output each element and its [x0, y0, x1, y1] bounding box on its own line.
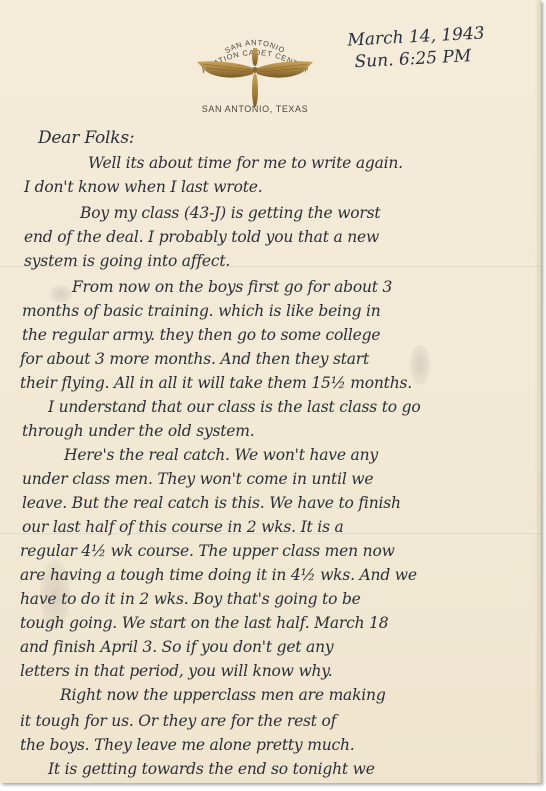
letter-line: their flying. All in all it will take th… — [20, 374, 412, 392]
letter-line: Right now the upperclass men are making — [60, 686, 386, 704]
letter-line: Boy my class (43-J) is getting the worst — [80, 204, 380, 222]
letter-line: have to do it in 2 wks. Boy that's going… — [20, 590, 361, 608]
letter-line: and finish April 3. So if you don't get … — [20, 638, 333, 656]
letter-line: end of the deal. I probably told you tha… — [24, 228, 379, 246]
letter-line: our last half of this course in 2 wks. I… — [22, 518, 344, 536]
winged-propeller-icon — [195, 48, 315, 108]
letter-line: letters in that period, you will know wh… — [20, 662, 333, 680]
letter-line: From now on the boys first go for about … — [72, 278, 392, 296]
letter-page: SAN ANTONIO AVIATION CADET CENTER — [0, 0, 541, 783]
letter-date: March 14, 1943 Sun. 6:25 PM — [347, 22, 486, 73]
letter-line: I understand that our class is the last … — [48, 398, 420, 416]
letter-line: for about 3 more months. And then they s… — [20, 350, 369, 368]
letter-line: leave. But the real catch is this. We ha… — [22, 494, 401, 512]
letter-line: it tough for us. Or they are for the res… — [20, 712, 336, 730]
letter-line: tough going. We start on the last half. … — [20, 614, 388, 632]
letter-line: the boys. They leave me alone pretty muc… — [20, 736, 354, 754]
letter-line: through under the old system. — [22, 422, 255, 440]
letter-line: Well its about time for me to write agai… — [88, 154, 403, 172]
letter-line: are having a tough time doing it in 4½ w… — [20, 566, 417, 584]
letter-line: system is going into affect. — [24, 252, 230, 270]
letter-line: It is getting towards the end so tonight… — [48, 760, 375, 778]
letter-line: the regular army. they then go to some c… — [22, 326, 380, 344]
paper-stain — [410, 345, 430, 385]
paper-stain — [50, 285, 72, 303]
letter-line: Here's the real catch. We won't have any — [64, 446, 378, 464]
letterhead: SAN ANTONIO AVIATION CADET CENTER — [180, 20, 330, 120]
letterhead-city: SAN ANTONIO, TEXAS — [180, 104, 330, 114]
letter-line: months of basic training. which is like … — [22, 302, 381, 320]
salutation: Dear Folks: — [38, 128, 134, 148]
letter-line: regular 4½ wk course. The upper class me… — [20, 542, 395, 560]
letter-line: under class men. They won't come in unti… — [22, 470, 373, 488]
letter-line: I don't know when I last wrote. — [24, 178, 262, 196]
